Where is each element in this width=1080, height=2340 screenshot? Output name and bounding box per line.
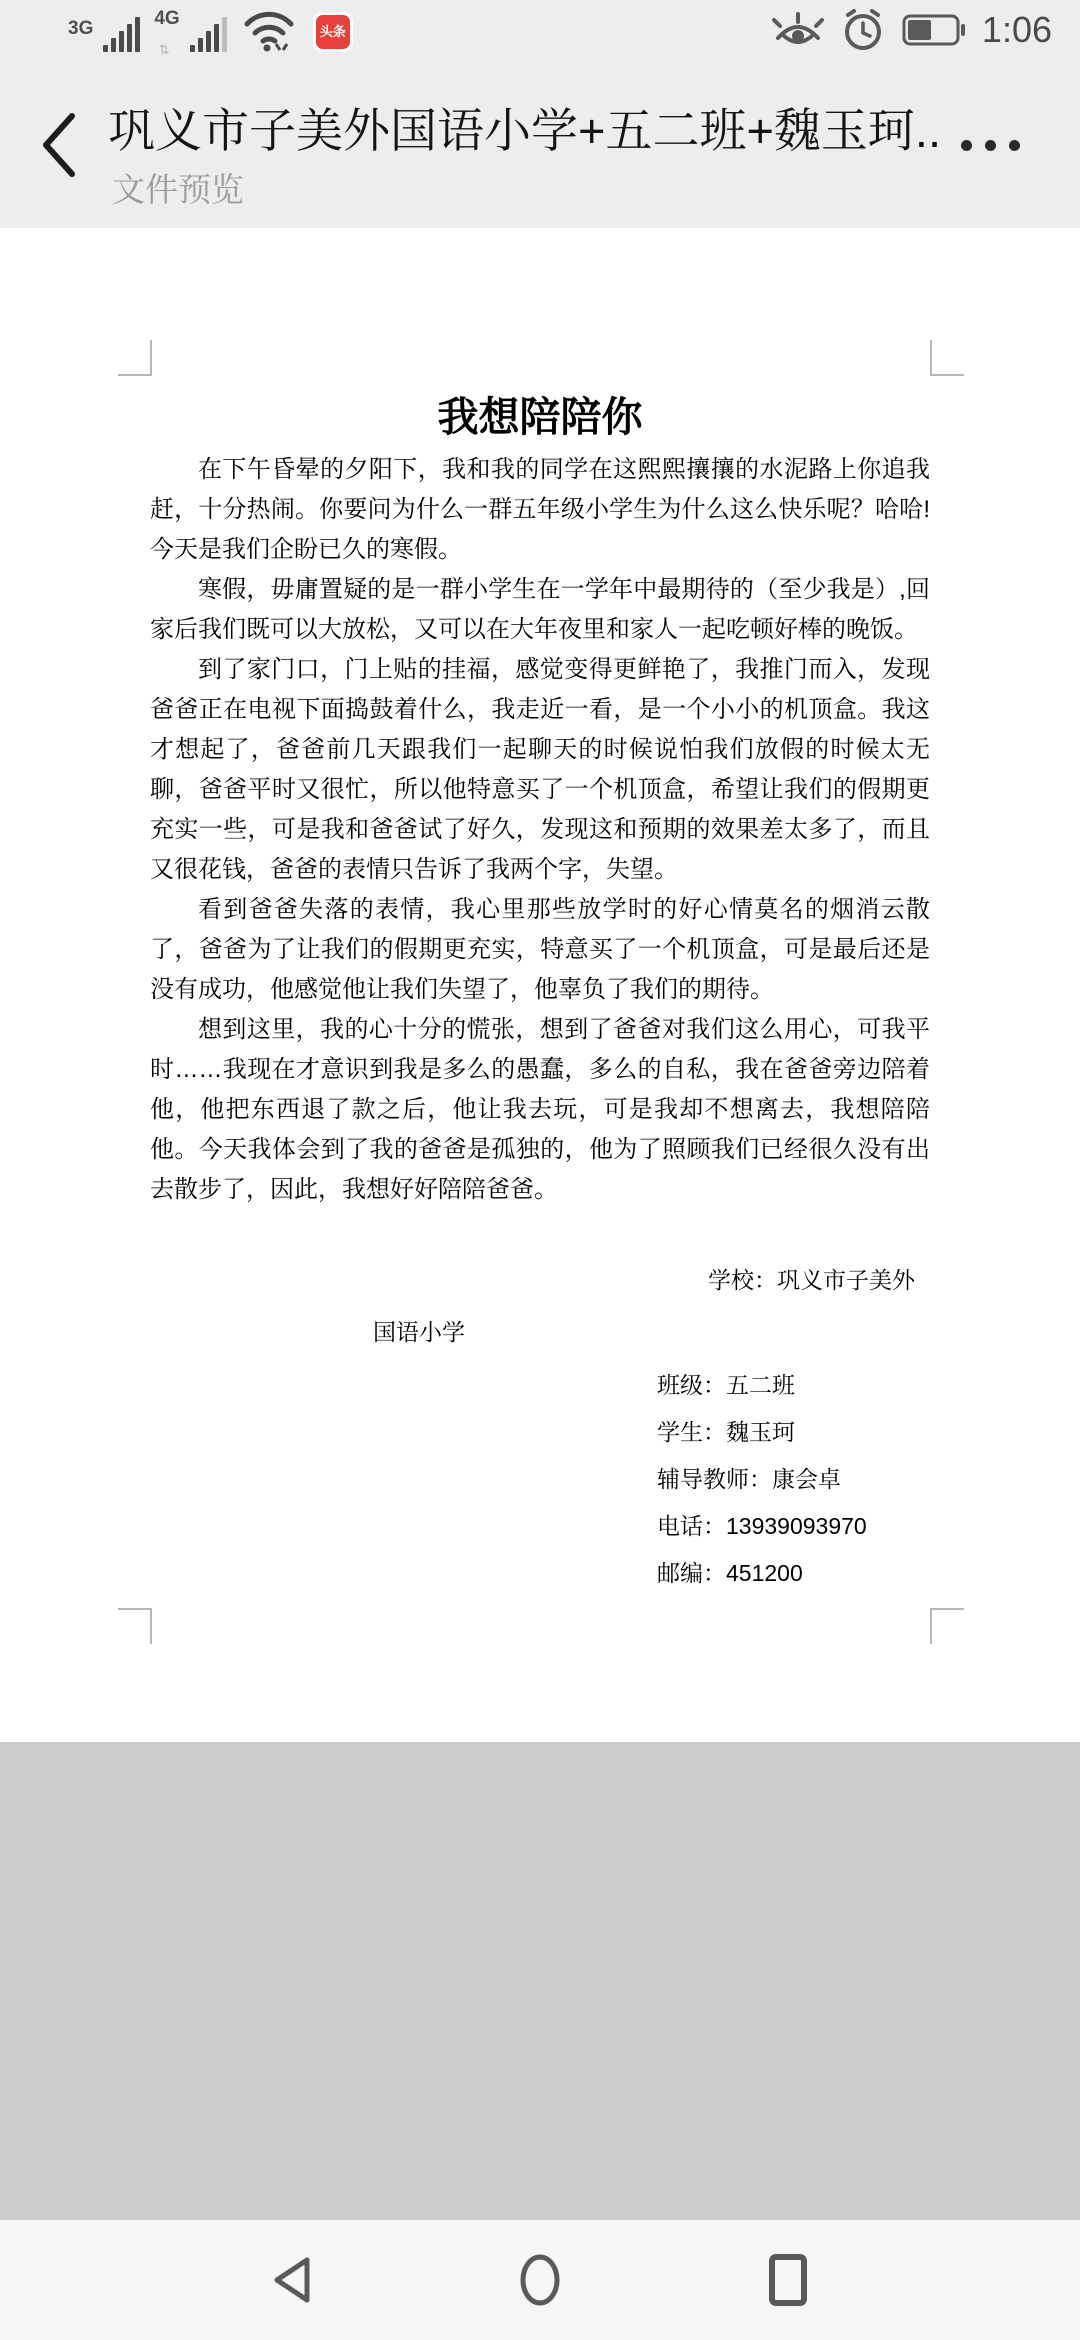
nav-home-icon[interactable] [512, 2252, 568, 2308]
signal-bars-2 [190, 16, 227, 52]
eye-comfort-icon [772, 10, 824, 50]
sim2-network-label: 4G [154, 9, 179, 28]
status-right-cluster: 1:06 [772, 7, 1052, 53]
header-title: 巩义市子美外国语小学+五二班+魏玉珂... [108, 94, 938, 161]
signature-postcode: 邮编：451200 [657, 1550, 867, 1597]
status-left-cluster: 3G 4G ⇅ 头条 [68, 8, 353, 52]
margin-mark-top-right [930, 340, 964, 376]
signature-class: 班级：五二班 [657, 1362, 867, 1409]
nav-back-icon[interactable] [264, 2252, 320, 2308]
margin-mark-top-left [118, 340, 152, 376]
signal-4g-icon: 4G ⇅ [154, 16, 226, 52]
essay-paragraph: 在下午昏晕的夕阳下，我和我的同学在这熙熙攘攘的水泥路上你追我赶，十分热闹。你要问… [150, 450, 930, 570]
essay-title: 我想陪陪你 [150, 384, 930, 443]
toutiao-badge-label: 头条 [316, 15, 350, 49]
clock-time: 1:06 [982, 9, 1052, 51]
android-nav-bar [0, 2220, 1080, 2340]
alarm-icon [840, 7, 886, 53]
signal-bars-1 [103, 16, 140, 52]
signature-teacher: 辅导教师：康会卓 [657, 1456, 867, 1503]
essay-paragraph: 看到爸爸失落的表情，我心里那些放学时的好心情莫名的烟消云散了，爸爸为了让我们的假… [150, 890, 930, 1010]
data-arrows-icon: ⇅ [159, 42, 168, 58]
toutiao-badge-icon: 头条 [313, 12, 353, 52]
document-preview-area[interactable]: 我想陪陪你 在下午昏晕的夕阳下，我和我的同学在这熙熙攘攘的水泥路上你追我赶，十分… [0, 228, 1080, 1742]
nav-recents-icon[interactable] [760, 2252, 816, 2308]
status-bar: 3G 4G ⇅ 头条 [0, 0, 1080, 60]
signature-phone: 电话：13939093970 [657, 1503, 867, 1550]
file-preview-header: 巩义市子美外国语小学+五二班+魏玉珂... 文件预览 [0, 60, 1080, 228]
signal-3g-icon: 3G [68, 16, 140, 52]
back-chevron-icon[interactable] [36, 112, 80, 178]
signature-school-line2: 国语小学 [373, 1314, 465, 1347]
wifi-icon [243, 8, 295, 52]
signature-school-line1: 学校：巩义市子美外 [708, 1262, 915, 1295]
battery-icon [902, 13, 966, 47]
essay-paragraph: 寒假，毋庸置疑的是一群小学生在一学年中最期待的（至少我是）,回家后我们既可以大放… [150, 570, 930, 650]
signature-block: 班级：五二班 学生：魏玉珂 辅导教师：康会卓 电话：13939093970 邮编… [657, 1362, 867, 1597]
header-subtitle: 文件预览 [112, 164, 244, 211]
margin-mark-bottom-left [118, 1608, 152, 1644]
essay-paragraph: 到了家门口，门上贴的挂福，感觉变得更鲜艳了，我推门而入，发现爸爸正在电视下面捣鼓… [150, 650, 930, 890]
sim1-network-label: 3G [68, 19, 93, 38]
signature-student: 学生：魏玉珂 [657, 1409, 867, 1456]
essay-paragraph: 想到这里，我的心十分的慌张，想到了爸爸对我们这么用心，可我平时……我现在才意识到… [150, 1010, 930, 1210]
more-menu-icon[interactable] [961, 140, 1020, 151]
page-background-filler [0, 1742, 1080, 2220]
margin-mark-bottom-right [930, 1608, 964, 1644]
essay-body: 在下午昏晕的夕阳下，我和我的同学在这熙熙攘攘的水泥路上你追我赶，十分热闹。你要问… [150, 450, 930, 1210]
